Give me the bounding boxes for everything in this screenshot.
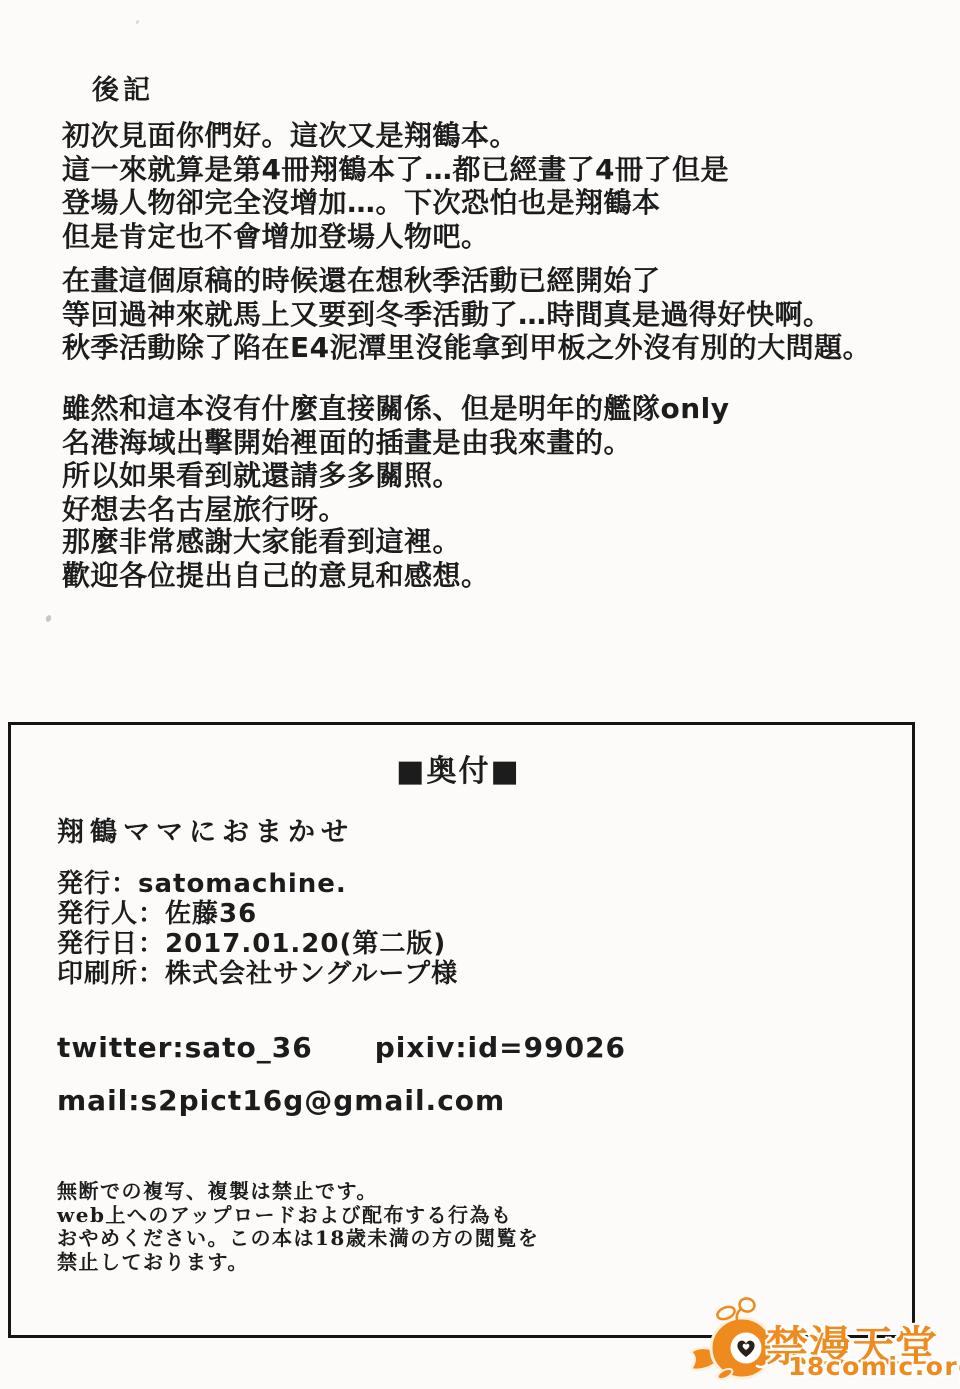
copyright-disclaimer: 無断での複写、複製は禁止です。 web上へのアップロードおよび配布する行為も お…: [57, 1180, 539, 1274]
printer-line: 印刷所：株式会社サングループ様: [57, 959, 458, 989]
contact-email: mail:s2pict16g@gmail.com: [57, 1084, 505, 1117]
book-title: 翔鶴ママにおまかせ: [57, 810, 354, 849]
scan-speck: [45, 614, 52, 622]
afterword-line: 所以如果看到就還請多多關照。: [62, 459, 730, 493]
afterword-line: 名港海域出擊開始裡面的插畫是由我來畫的。: [62, 426, 730, 460]
publisher-person-line: 発行人：佐藤36: [57, 899, 458, 929]
watermark-site-url: 18comic.org: [788, 1352, 960, 1381]
publication-info: 発行：satomachine. 発行人：佐藤36 発行日：2017.01.20(…: [57, 869, 458, 989]
afterword-line: 但是肯定也不會增加登場人物吧。: [62, 220, 729, 254]
disclaimer-line: 無断での複写、複製は禁止です。: [57, 1180, 539, 1204]
afterword-line: 好想去名古屋旅行呀。: [62, 493, 730, 527]
afterword-line: 雖然和這本沒有什麼直接關係、但是明年的艦隊only: [62, 392, 730, 426]
colophon-heading: ■奥付■: [8, 746, 909, 790]
afterword-line: 初次見面你們好。這次又是翔鶴本。: [62, 119, 729, 153]
whale-mascot-icon: [680, 1292, 780, 1389]
afterword-line: 歡迎各位提出自己的意見和感想。: [62, 559, 490, 593]
afterword-line: 這一來就算是第4冊翔鶴本了…都已經畫了4冊了但是: [62, 153, 729, 187]
twitter-handle: twitter:sato_36: [57, 1031, 313, 1064]
scan-speck: [135, 20, 139, 25]
afterword-line: 秋季活動除了陷在E4泥潭里沒能拿到甲板之外沒有別的大問題。: [62, 331, 871, 365]
afterword-line: 等回過神來就馬上又要到冬季活動了…時間真是過得好快啊。: [62, 298, 871, 332]
afterword-paragraph: 在畫這個原稿的時候還在想秋季活動已經開始了 等回過神來就馬上又要到冬季活動了…時…: [62, 264, 871, 365]
disclaimer-line: おやめください。この本は18歳未満の方の閲覧を: [57, 1227, 539, 1251]
afterword-line: 在畫這個原稿的時候還在想秋季活動已經開始了: [62, 264, 871, 298]
afterword-line: 登場人物卻完全沒增加…。下次恐怕也是翔鶴本: [62, 186, 729, 220]
watermark-logo: 禁漫天堂 18comic.org: [676, 1288, 960, 1389]
contact-accounts: twitter:sato_36pixiv:id=99026: [57, 1031, 626, 1064]
publisher-line: 発行：satomachine.: [57, 869, 458, 899]
afterword-paragraph: 那麼非常感謝大家能看到這裡。 歡迎各位提出自己的意見和感想。: [62, 525, 490, 592]
pixiv-id: pixiv:id=99026: [375, 1031, 626, 1064]
afterword-paragraph: 雖然和這本沒有什麼直接關係、但是明年的艦隊only 名港海域出擊開始裡面的插畫是…: [62, 392, 730, 526]
disclaimer-line: 禁止しております。: [57, 1251, 539, 1275]
afterword-paragraph: 初次見面你們好。這次又是翔鶴本。 這一來就算是第4冊翔鶴本了…都已經畫了4冊了但…: [62, 119, 729, 253]
publish-date-line: 発行日：2017.01.20(第二版): [57, 929, 458, 959]
afterword-line: 那麼非常感謝大家能看到這裡。: [62, 525, 490, 559]
afterword-heading: 後記: [92, 68, 154, 107]
disclaimer-line: web上へのアップロードおよび配布する行為も: [57, 1204, 539, 1228]
